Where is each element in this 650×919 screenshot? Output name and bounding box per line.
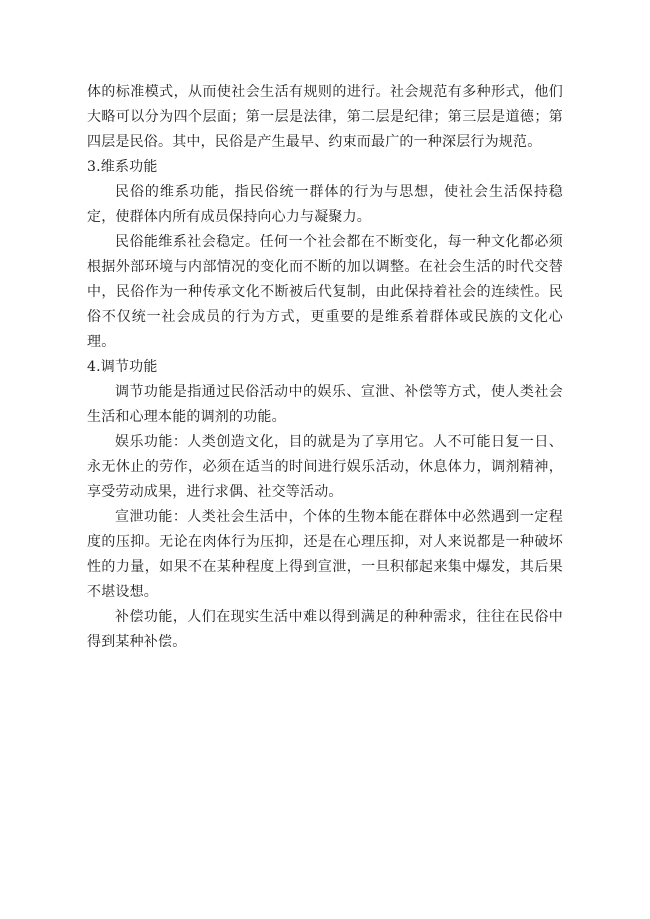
heading-adjust-function: 4.调节功能 <box>87 355 563 380</box>
paragraph-compensation-function: 补偿功能，人们在现实生活中难以得到满足的种种需求，往往在民俗中得到某种补偿。 <box>87 605 563 655</box>
paragraph-adjust-definition: 调节功能是指通过民俗活动中的娱乐、宣泄、补偿等方式，使人类社会生活和心理本能的调… <box>87 380 563 430</box>
paragraph-maintain-definition: 民俗的维系功能，指民俗统一群体的行为与思想，使社会生活保持稳定，使群体内所有成员… <box>87 180 563 230</box>
document-body: 体的标准模式，从而使社会生活有规则的进行。社会规范有多种形式，他们大略可以分为四… <box>87 80 563 655</box>
paragraph-maintain-stability: 民俗能维系社会稳定。任何一个社会都在不断变化，每一种文化都必须根据外部环境与内部… <box>87 230 563 355</box>
paragraph-entertainment-function: 娱乐功能：人类创造文化，目的就是为了享用它。人不可能日复一日、永无休止的劳作，必… <box>87 430 563 505</box>
heading-maintain-function: 3.维系功能 <box>87 155 563 180</box>
paragraph-catharsis-function: 宣泄功能：人类社会生活中，个体的生物本能在群体中必然遇到一定程度的压抑。无论在肉… <box>87 505 563 605</box>
paragraph-social-norms-continuation: 体的标准模式，从而使社会生活有规则的进行。社会规范有多种形式，他们大略可以分为四… <box>87 80 563 155</box>
document-page: 体的标准模式，从而使社会生活有规则的进行。社会规范有多种形式，他们大略可以分为四… <box>0 0 650 919</box>
